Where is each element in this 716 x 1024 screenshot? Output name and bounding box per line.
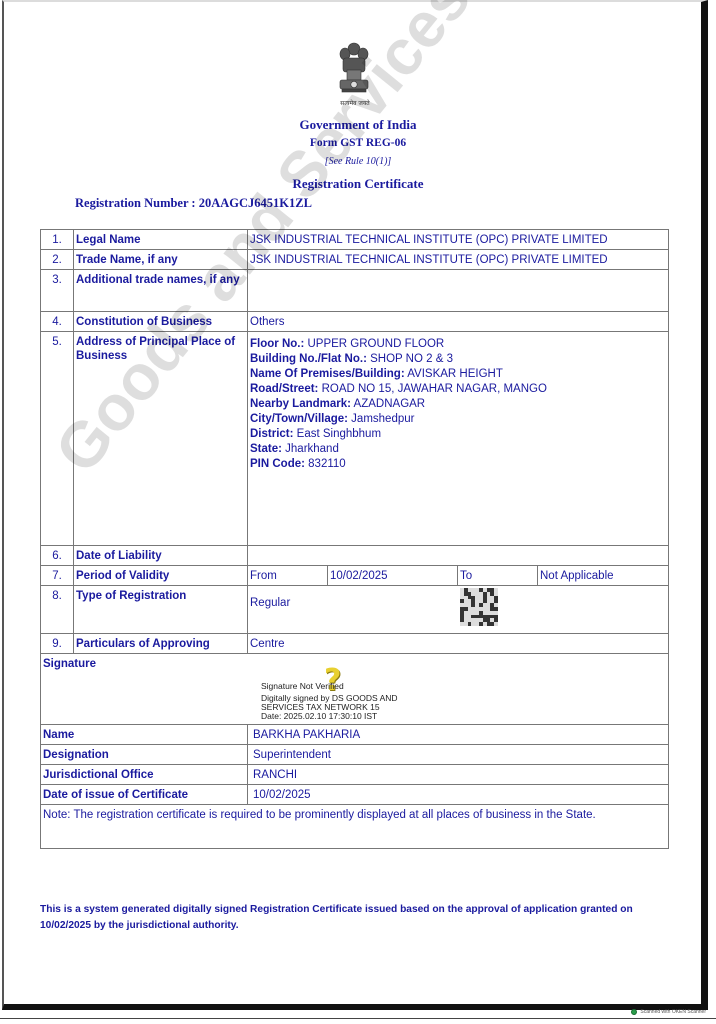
address-line: District: East Singhbhum [250,427,666,442]
row-number: 7. [41,566,74,586]
field-value-additional-trade-names [248,270,669,312]
field-label-legal-name: Legal Name [74,230,248,250]
certificate-title: Registration Certificate [0,176,716,192]
field-value-particulars-of-approving: Centre [248,634,669,654]
address-line: Floor No.: UPPER GROUND FLOOR [250,337,666,352]
date-of-issue: 10/02/2025 [248,785,669,805]
field-value-trade-name: JSK INDUSTRIAL TECHNICAL INSTITUTE (OPC)… [248,250,669,270]
validity-from-date: 10/02/2025 [328,566,458,586]
field-label-trade-name: Trade Name, if any [74,250,248,270]
table-row: 8. Type of Registration Regular [41,586,669,634]
row-number: 4. [41,312,74,332]
jurisdictional-office-label: Jurisdictional Office [41,765,248,785]
officer-name: BARKHA PAKHARIA [248,725,669,745]
field-value-type-of-registration: Regular [248,586,669,634]
address-line: Nearby Landmark: AZADNAGAR [250,397,666,412]
row-number: 1. [41,230,74,250]
registration-number-label: Registration Number : [75,196,199,210]
system-generated-notice: This is a system generated digitally sig… [40,902,670,934]
emblem-motto: सत्यमेव जयते [330,99,380,107]
signature-date: Date: 2025.02.10 17:30:10 IST [261,712,398,721]
field-value-constitution: Others [248,312,669,332]
field-label-additional-trade-names: Additional trade names, if any [74,270,248,312]
field-label-particulars-of-approving: Particulars of Approving [74,634,248,654]
row-number: 5. [41,332,74,546]
address-line: State: Jharkhand [250,442,666,457]
date-of-issue-label: Date of issue of Certificate [41,785,248,805]
table-row: 7. Period of Validity From 10/02/2025 To… [41,566,669,586]
field-label-address: Address of Principal Place of Business [74,332,248,546]
table-row: 4. Constitution of Business Others [41,312,669,332]
table-row: Designation Superintendent [41,745,669,765]
field-value-legal-name: JSK INDUSTRIAL TECHNICAL INSTITUTE (OPC)… [248,230,669,250]
row-number: 3. [41,270,74,312]
row-number: 2. [41,250,74,270]
scanner-label: Scanned with OKEN Scanner [640,1009,706,1015]
registration-number-value: 20AAGCJ6451K1ZL [199,196,312,210]
validity-to-date: Not Applicable [538,566,669,586]
field-value-address: Floor No.: UPPER GROUND FLOOR Building N… [248,332,669,546]
qr-code [460,588,498,626]
signature-status: Signature Not Verified [261,682,398,691]
address-line: Building No./Flat No.: SHOP NO 2 & 3 [250,352,666,367]
signature-label: Signature [43,657,96,671]
field-label-date-of-liability: Date of Liability [74,546,248,566]
row-number: 8. [41,586,74,634]
signature-cell: Signature ? Signature Not Verified Digit… [41,654,669,725]
table-row: Jurisdictional Office RANCHI [41,765,669,785]
scanner-logo-icon [631,1009,637,1015]
bottom-edge [0,1018,716,1024]
note-row: Note: The registration certificate is re… [41,805,669,849]
field-label-constitution: Constitution of Business [74,312,248,332]
field-label-period-of-validity: Period of Validity [74,566,248,586]
address-line: City/Town/Village: Jamshedpur [250,412,666,427]
table-row: 5. Address of Principal Place of Busines… [41,332,669,546]
rule-reference: [See Rule 10(1)] [0,156,716,167]
table-row: 2. Trade Name, if any JSK INDUSTRIAL TEC… [41,250,669,270]
officer-label: Name [41,725,248,745]
field-label-type-of-registration: Type of Registration [74,586,248,634]
signature-row: Signature ? Signature Not Verified Digit… [41,654,669,725]
address-line: Road/Street: ROAD NO 15, JAWAHAR NAGAR, … [250,382,666,397]
digital-signature-block: Signature Not Verified Digitally signed … [261,682,398,721]
form-heading: Form GST REG-06 [0,137,716,149]
government-heading: Government of India [0,117,716,133]
table-row: 1. Legal Name JSK INDUSTRIAL TECHNICAL I… [41,230,669,250]
address-line: Name Of Premises/Building: AVISKAR HEIGH… [250,367,666,382]
row-number: 9. [41,634,74,654]
table-row: 3. Additional trade names, if any [41,270,669,312]
table-row: 6. Date of Liability [41,546,669,566]
jurisdictional-office: RANCHI [248,765,669,785]
table-row: Name BARKHA PAKHARIA [41,725,669,745]
display-note: Note: The registration certificate is re… [41,805,669,849]
field-value-date-of-liability [248,546,669,566]
row-number: 6. [41,546,74,566]
officer-designation: Superintendent [248,745,669,765]
address-line: PIN Code: 832110 [250,457,666,472]
registration-type: Regular [250,596,290,610]
validity-to-label: To [458,566,538,586]
certificate-table: 1. Legal Name JSK INDUSTRIAL TECHNICAL I… [40,229,669,849]
registration-number: Registration Number : 20AAGCJ6451K1ZL [75,196,312,211]
validity-from-label: From [248,566,328,586]
table-row: 9. Particulars of Approving Centre [41,634,669,654]
national-emblem-icon [333,40,375,102]
scanner-badge: Scanned with OKEN Scanner [631,1009,706,1015]
table-row: Date of issue of Certificate 10/02/2025 [41,785,669,805]
designation-label: Designation [41,745,248,765]
